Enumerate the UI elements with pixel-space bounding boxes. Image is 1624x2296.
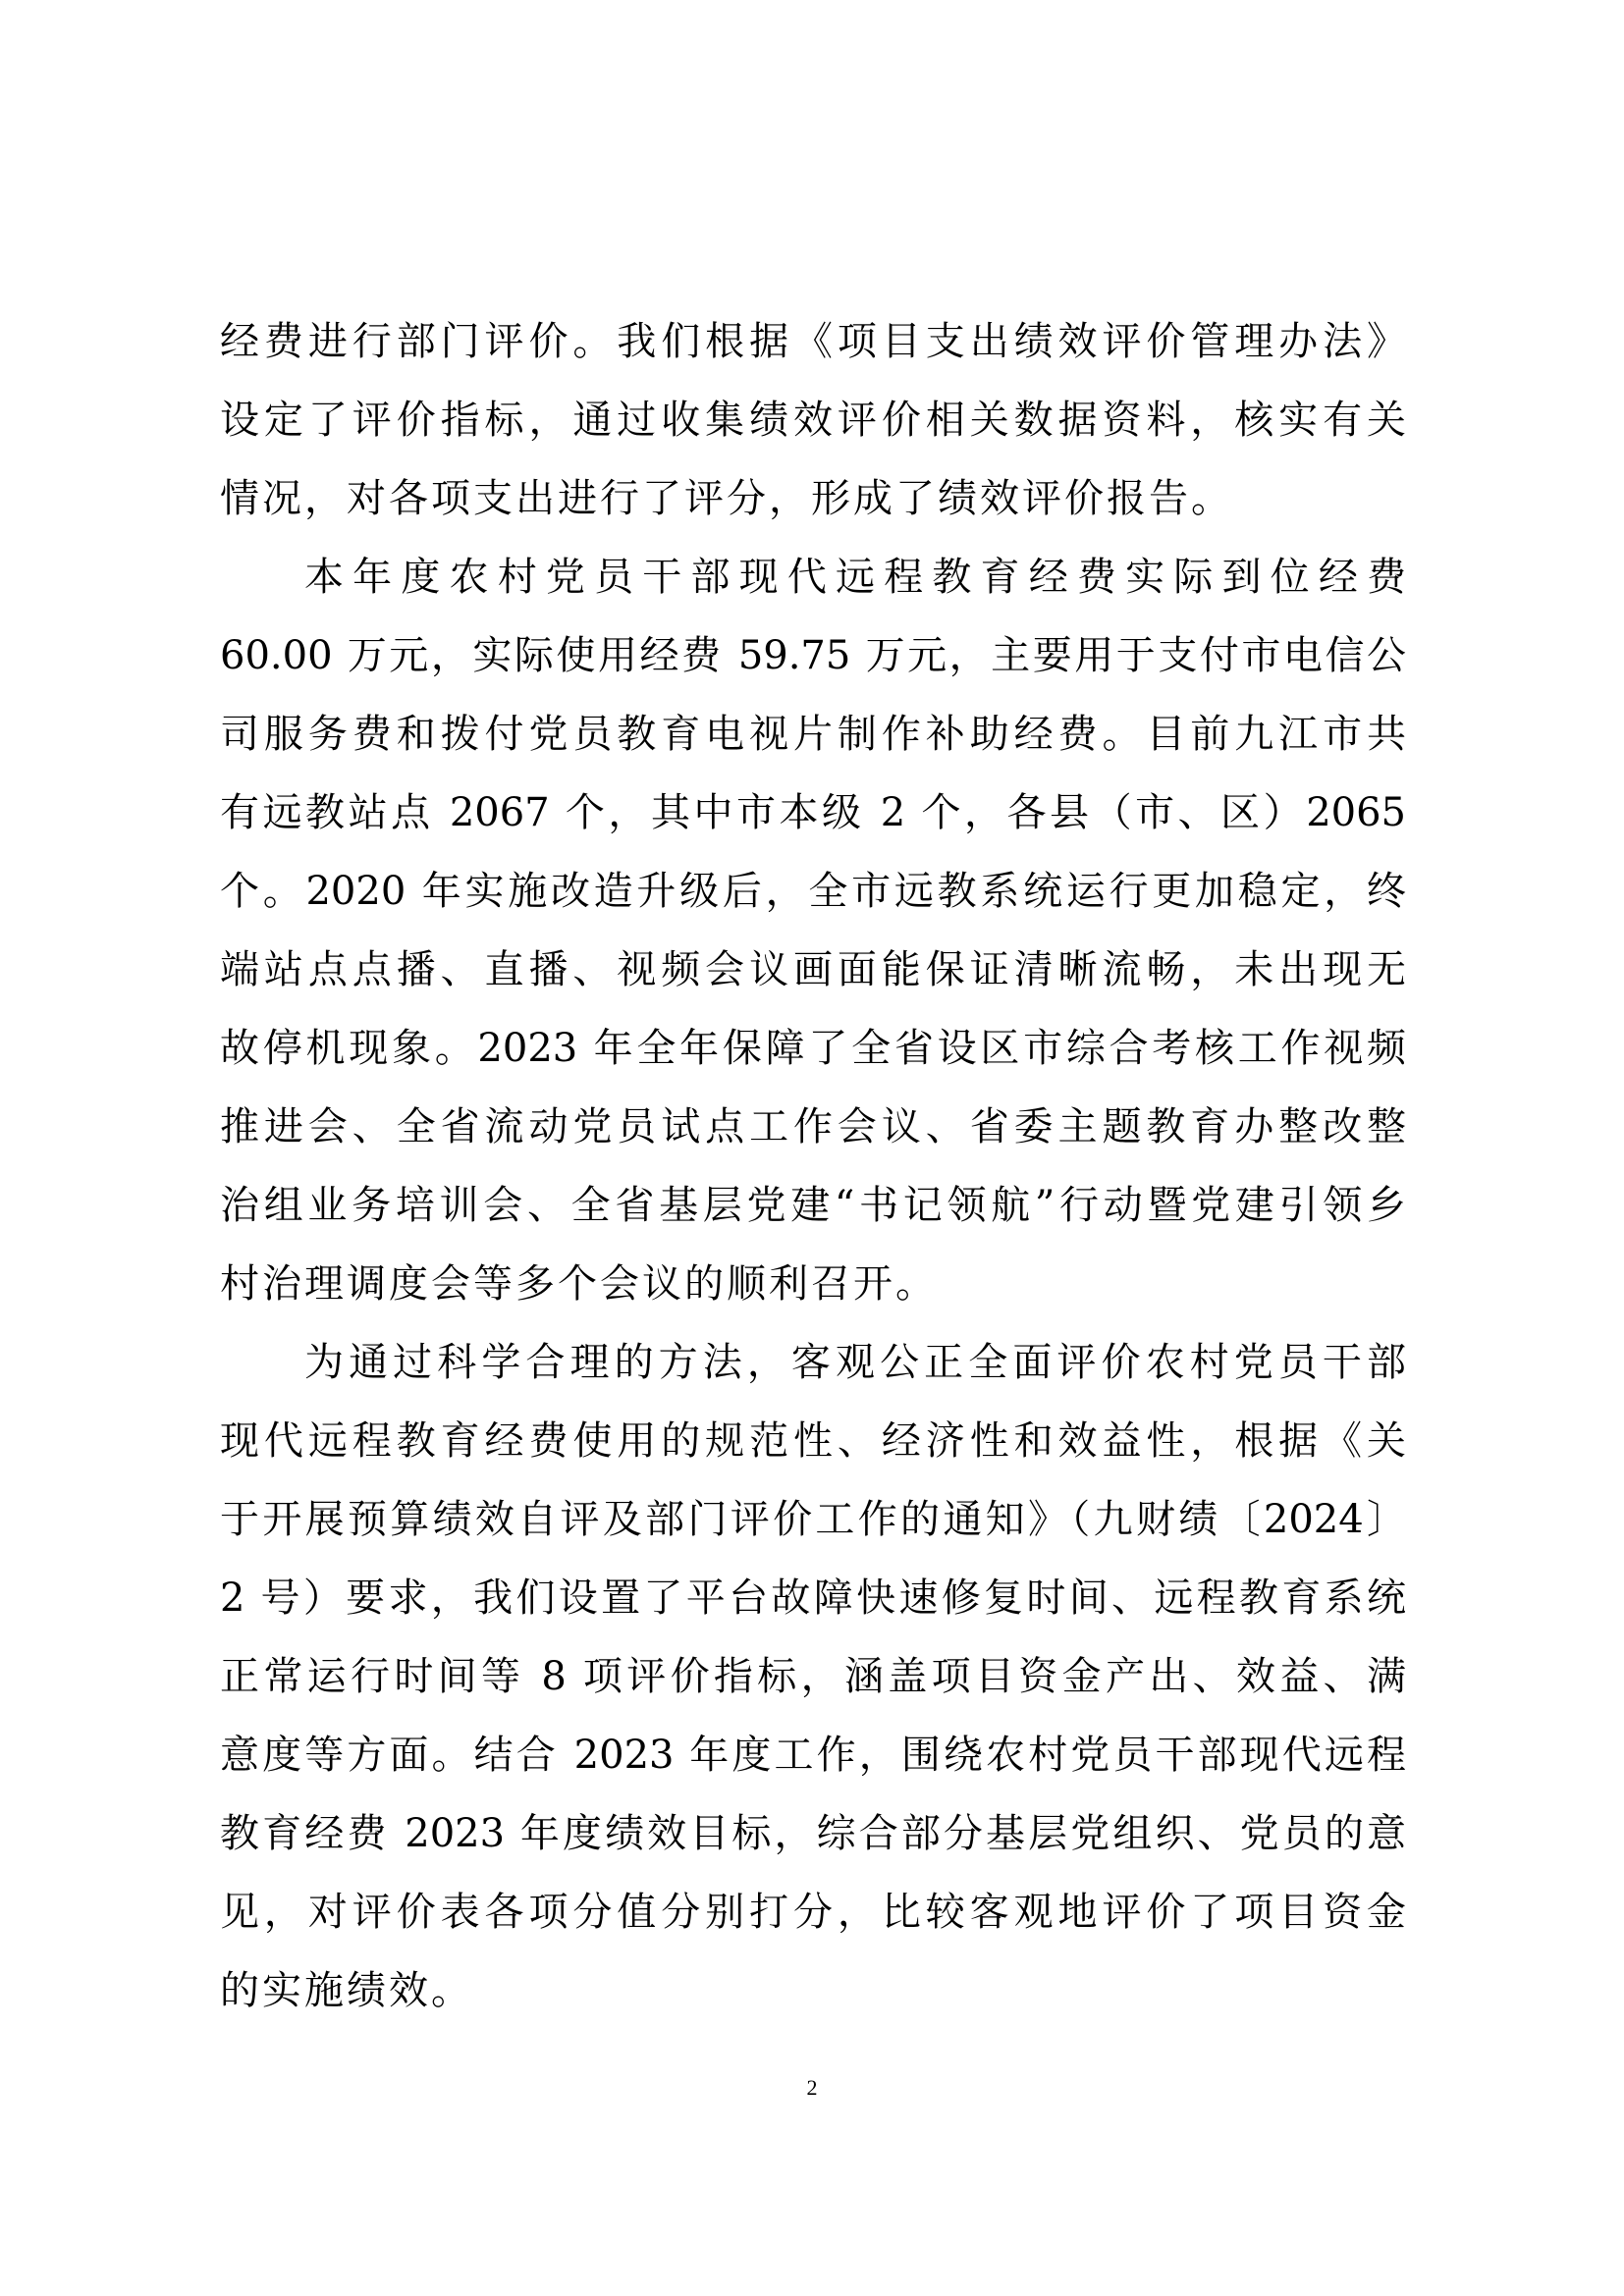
text-line: 故停机现象。2023 年全年保障了全省设区市综合考核工作视频 (220, 1009, 1406, 1088)
text-line: 治组业务培训会、全省基层党建“书记领航”行动暨党建引领乡 (220, 1166, 1406, 1245)
text-line: 为通过科学合理的方法，客观公正全面评价农村党员干部 (220, 1323, 1406, 1402)
text-line: 本年度农村党员干部现代远程教育经费实际到位经费 (220, 538, 1406, 616)
text-line: 的实施绩效。 (220, 1951, 1406, 2030)
text-line: 见，对评价表各项分值分别打分，比较客观地评价了项目资金 (220, 1873, 1406, 1951)
paragraph-1: 经费进行部门评价。我们根据《项目支出绩效评价管理办法》 设定了评价指标，通过收集… (220, 302, 1406, 538)
text-line: 村治理调度会等多个会议的顺利召开。 (220, 1245, 1406, 1323)
text-line: 于开展预算绩效自评及部门评价工作的通知》（九财绩〔2024〕 (220, 1480, 1406, 1559)
text-line: 现代远程教育经费使用的规范性、经济性和效益性，根据《关 (220, 1402, 1406, 1480)
document-page: 经费进行部门评价。我们根据《项目支出绩效评价管理办法》 设定了评价指标，通过收集… (0, 0, 1624, 2296)
text-line: 情况，对各项支出进行了评分，形成了绩效评价报告。 (220, 459, 1406, 538)
paragraph-3: 为通过科学合理的方法，客观公正全面评价农村党员干部 现代远程教育经费使用的规范性… (220, 1323, 1406, 2030)
text-line: 2 号）要求，我们设置了平台故障快速修复时间、远程教育系统 (220, 1559, 1406, 1637)
text-line: 经费进行部门评价。我们根据《项目支出绩效评价管理办法》 (220, 302, 1406, 381)
text-line: 正常运行时间等 8 项评价指标，涵盖项目资金产出、效益、满 (220, 1637, 1406, 1716)
text-line: 个。2020 年实施改造升级后，全市远教系统运行更加稳定，终 (220, 852, 1406, 931)
paragraph-2: 本年度农村党员干部现代远程教育经费实际到位经费 60.00 万元，实际使用经费 … (220, 538, 1406, 1323)
text-line: 设定了评价指标，通过收集绩效评价相关数据资料，核实有关 (220, 381, 1406, 459)
text-line: 推进会、全省流动党员试点工作会议、省委主题教育办整改整 (220, 1088, 1406, 1166)
body-text: 经费进行部门评价。我们根据《项目支出绩效评价管理办法》 设定了评价指标，通过收集… (220, 302, 1406, 2030)
text-line: 60.00 万元，实际使用经费 59.75 万元，主要用于支付市电信公 (220, 616, 1406, 695)
text-line: 教育经费 2023 年度绩效目标，综合部分基层党组织、党员的意 (220, 1794, 1406, 1873)
text-line: 司服务费和拨付党员教育电视片制作补助经费。目前九江市共 (220, 695, 1406, 774)
text-line: 端站点点播、直播、视频会议画面能保证清晰流畅，未出现无 (220, 931, 1406, 1009)
page-number: 2 (0, 2073, 1624, 2103)
text-line: 有远教站点 2067 个，其中市本级 2 个，各县（市、区）2065 (220, 774, 1406, 852)
text-line: 意度等方面。结合 2023 年度工作，围绕农村党员干部现代远程 (220, 1716, 1406, 1794)
